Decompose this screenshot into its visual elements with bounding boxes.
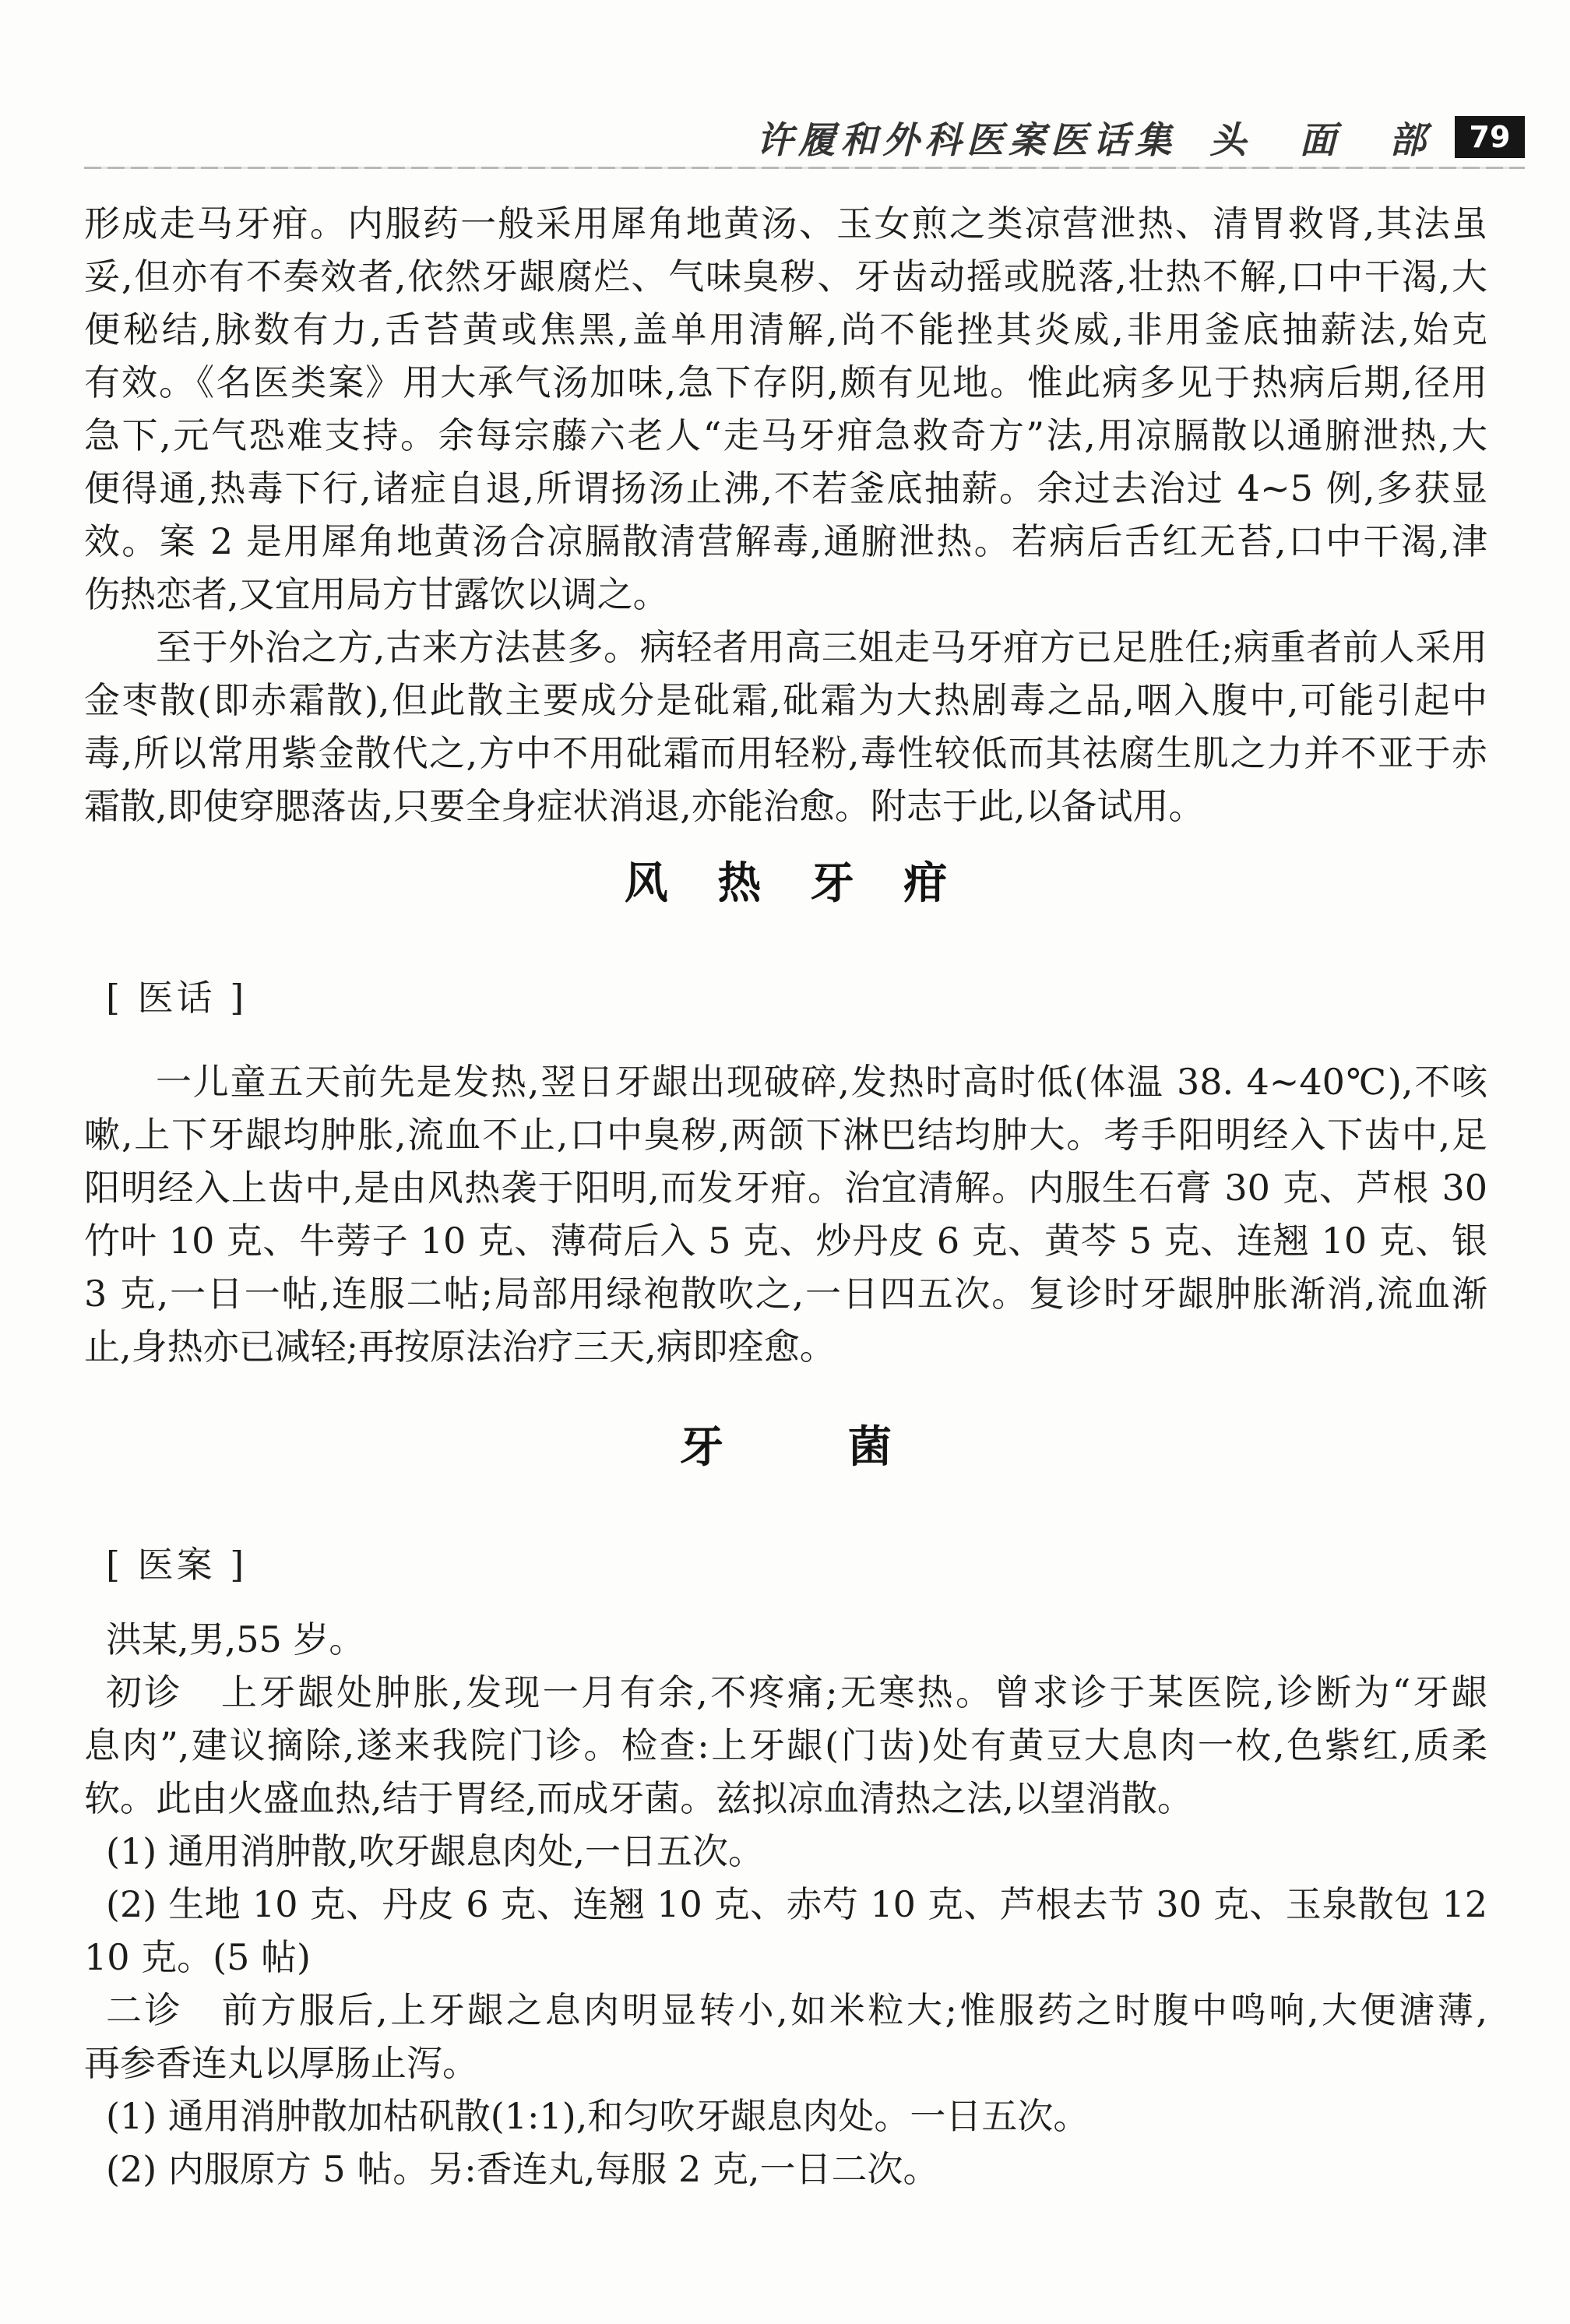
text-line: (2) 内服原方 5 帖。另:香连丸,每服 2 克,一日二次。 (84, 2143, 1487, 2195)
book-page: 许履和外科医案医话集 头 面 部 79 形成走马牙疳。内服药一般采用犀角地黄汤、… (0, 0, 1570, 2324)
text-line: 金枣散(即赤霜散),但此散主要成分是砒霜,砒霜为大热剧毒之品,咽入腹中,可能引起… (84, 674, 1487, 727)
subhead-yian: [ 医案 ] (84, 1538, 1487, 1591)
text-line: 洪某,男,55 岁。 (84, 1613, 1487, 1666)
section-heading-feng-re-ya-gan: 风 热 牙 疳 (84, 848, 1487, 918)
text-line: 软。此由火盛血热,结于胃经,而成牙菌。兹拟凉血清热之法,以望消散。 (84, 1772, 1487, 1825)
subhead-yihua: [ 医话 ] (84, 971, 1487, 1024)
text-line: 初诊 上牙龈处肿胀,发现一月有余,不疼痛;无寒热。曾求诊于某医院,诊断为“牙龈 (84, 1666, 1487, 1719)
text-line: 便秘结,脉数有力,舌苔黄或焦黑,盖单用清解,尚不能挫其炎威,非用釜底抽薪法,始克 (84, 303, 1487, 356)
text-line: 伤热恋者,又宜用局方甘露饮以调之。 (84, 568, 1487, 621)
paragraph-2: 至于外治之方,古来方法甚多。病轻者用高三姐走马牙疳方已足胜任;病重者前人采用 金… (84, 621, 1487, 833)
header-book-title: 许履和外科医案医话集 (756, 111, 1177, 164)
header-rule (84, 167, 1525, 169)
text-line: (2) 生地 10 克、丹皮 6 克、连翘 10 克、赤芍 10 克、芦根去节 … (84, 1878, 1487, 1931)
text-line: 3 克,一日一帖,连服二帖;局部用绿袍散吹之,一日四五次。复诊时牙龈肿胀渐消,流… (84, 1267, 1487, 1320)
section-heading-ya-jun: 牙菌 (84, 1412, 1487, 1482)
text-line: 止,身热亦已减轻;再按原法治疗三天,病即痊愈。 (84, 1320, 1487, 1373)
text-line: 二诊 前方服后,上牙龈之息肉明显转小,如米粒大;惟服药之时腹中鸣响,大便溏薄, (84, 1984, 1487, 2037)
page-header: 许履和外科医案医话集 头 面 部 79 (84, 114, 1525, 160)
text-line: (1) 通用消肿散,吹牙龈息肉处,一日五次。 (84, 1825, 1487, 1878)
header-section-title: 头 面 部 (1209, 111, 1431, 164)
page-number-box: 79 (1455, 116, 1525, 158)
text-line: 10 克。(5 帖) (84, 1931, 1487, 1984)
case-record: 洪某,男,55 岁。 初诊 上牙龈处肿胀,发现一月有余,不疼痛;无寒热。曾求诊于… (84, 1613, 1487, 2195)
page-number: 79 (1470, 120, 1511, 154)
paragraph-3: 一儿童五天前先是发热,翌日牙龈出现破碎,发热时高时低(体温 38. 4~40℃)… (84, 1055, 1487, 1373)
text-line: 霜散,即使穿腮落齿,只要全身症状消退,亦能治愈。附志于此,以备试用。 (84, 780, 1487, 833)
text-line: 毒,所以常用紫金散代之,方中不用砒霜而用轻粉,毒性较低而其祛腐生肌之力并不亚于赤 (84, 727, 1487, 780)
text-line: 有效。《名医类案》用大承气汤加味,急下存阴,颇有见地。惟此病多见于热病后期,径用 (84, 356, 1487, 409)
text-line: 便得通,热毒下行,诸症自退,所谓扬汤止沸,不若釜底抽薪。余过去治过 4~5 例,… (84, 462, 1487, 515)
text-line: 阳明经入上齿中,是由风热袭于阳明,而发牙疳。治宜清解。内服生石膏 30 克、芦根… (84, 1161, 1487, 1214)
text-line: (1) 通用消肿散加枯矾散(1:1),和匀吹牙龈息肉处。一日五次。 (84, 2090, 1487, 2143)
text-line: 一儿童五天前先是发热,翌日牙龈出现破碎,发热时高时低(体温 38. 4~40℃)… (84, 1055, 1487, 1108)
text-line: 效。案 2 是用犀角地黄汤合凉膈散清营解毒,通腑泄热。若病后舌红无苔,口中干渴,… (84, 515, 1487, 568)
paragraph-1: 形成走马牙疳。内服药一般采用犀角地黄汤、玉女煎之类凉营泄热、清胃救肾,其法虽 妥… (84, 197, 1487, 621)
text-line: 形成走马牙疳。内服药一般采用犀角地黄汤、玉女煎之类凉营泄热、清胃救肾,其法虽 (84, 197, 1487, 250)
text-line: 急下,元气恐难支持。余每宗藤六老人“走马牙疳急救奇方”法,用凉膈散以通腑泄热,大 (84, 409, 1487, 462)
text-line: 嗽,上下牙龈均肿胀,流血不止,口中臭秽,两颌下淋巴结均肿大。考手阳明经入下齿中,… (84, 1108, 1487, 1161)
text-line: 至于外治之方,古来方法甚多。病轻者用高三姐走马牙疳方已足胜任;病重者前人采用 (84, 621, 1487, 674)
text-line: 息肉”,建议摘除,遂来我院门诊。检查:上牙龈(门齿)处有黄豆大息肉一枚,色紫红,… (84, 1719, 1487, 1772)
text-line: 妥,但亦有不奏效者,依然牙龈腐烂、气味臭秽、牙齿动摇或脱落,壮热不解,口中干渴,… (84, 250, 1487, 303)
text-line: 竹叶 10 克、牛蒡子 10 克、薄荷后入 5 克、炒丹皮 6 克、黄芩 5 克… (84, 1214, 1487, 1267)
text-line: 再参香连丸以厚肠止泻。 (84, 2037, 1487, 2090)
